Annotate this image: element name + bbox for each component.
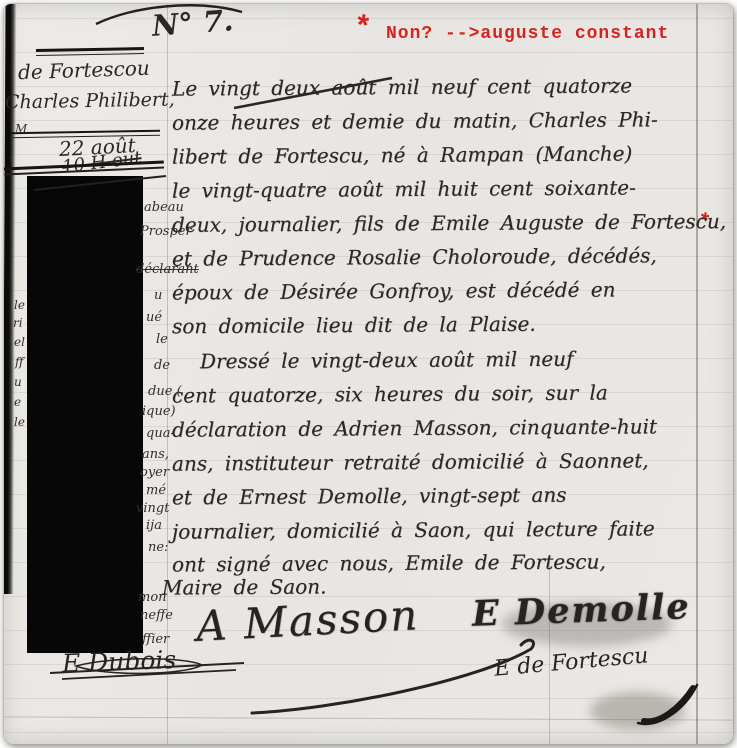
act-body-line: deux, journalier, fils de Emile Auguste … <box>172 210 726 237</box>
act-body-line: Le vingt deux août mil neuf cent quatorz… <box>172 74 632 100</box>
act-number: N° 7. <box>151 4 235 43</box>
page-edge-fragment: le <box>14 298 25 312</box>
red-annotation-text: Non? -->auguste constant <box>386 24 669 44</box>
act-body-line: libert de Fortescu, né à Rampan (Manche) <box>172 142 632 168</box>
margin-fragment: neffe <box>140 608 173 623</box>
margin-name-line2: Charles Philibert, <box>5 89 175 114</box>
margin-fragment: ique) <box>142 404 176 419</box>
margin-fragment: le <box>156 332 168 347</box>
act-body-line: époux de Désirée Gonfroy, est décédé en <box>172 278 616 304</box>
act-body-line: et de Prudence Rosalie Choloroude, décéd… <box>172 244 657 270</box>
act-body-line: Dressé le vingt-deux août mil neuf <box>200 348 574 374</box>
page-edge-fragment: le <box>14 415 25 429</box>
document-scan-page: N° 7. de Fortescou Charles Philibert, 22… <box>4 4 733 744</box>
margin-fragment: ija <box>146 518 162 533</box>
margin-fragment: u <box>154 288 162 303</box>
margin-fragment: mé <box>146 483 166 498</box>
page-edge-fragment: ff <box>15 355 24 369</box>
act-body-line: cent quatorze, six heures du soir, sur l… <box>172 381 608 407</box>
ink-smudge <box>590 692 685 730</box>
redaction-box <box>27 176 143 653</box>
page-edge-fragment: el <box>14 335 25 349</box>
margin-fragment: mon <box>138 590 167 605</box>
act-body-line: onze heures et demie du matin, Charles P… <box>172 108 658 134</box>
page-edge-fragment: e <box>14 395 21 409</box>
act-body-line: son domicile lieu dit de la Plaise. <box>172 313 536 339</box>
signature-demolle: E Demolle <box>471 586 691 635</box>
margin-fragment: vingt <box>136 501 169 516</box>
margin-fragment: abeau <box>144 200 184 215</box>
margin-fragment: due ( <box>148 384 182 399</box>
margin-vertical-line <box>696 4 698 744</box>
page-edge-fragment: M <box>15 122 27 136</box>
act-body-line: ont signé avec nous, Emile de Fortescu, <box>172 550 606 576</box>
screenshot-root: { "margin_header": { "act_number": "N° 7… <box>0 0 737 748</box>
act-body-line: ans, instituteur retraité domicilié à Sa… <box>172 449 649 475</box>
signature-dubois: E Dubois <box>62 645 177 678</box>
margin-fragment: Prosper <box>140 224 192 239</box>
page-edge-fragment: u <box>14 375 22 389</box>
act-body-line: journalier, domicilié à Saon, qui lectur… <box>172 517 655 543</box>
margin-fragment: de <box>154 358 170 373</box>
page-edge-fragment: ri <box>13 316 23 330</box>
margin-fragment: oyer <box>140 465 169 480</box>
act-body-line: et de Ernest Demolle, vingt-sept ans <box>172 484 567 510</box>
act-body-line: déclaration de Adrien Masson, cinquante-… <box>172 415 657 441</box>
margin-fragment: qua- <box>146 426 175 441</box>
act-body-line: le vingt-quatre août mil huit cent soixa… <box>172 176 636 202</box>
margin-fragment: ne: <box>148 540 168 555</box>
margin-fragment: déclarant <box>136 262 199 277</box>
margin-name-line1: de Fortescou <box>18 56 150 85</box>
margin-fragment: ué <box>146 310 162 325</box>
vertical-crease <box>549 556 550 744</box>
margin-fragment: ans, <box>142 447 169 462</box>
